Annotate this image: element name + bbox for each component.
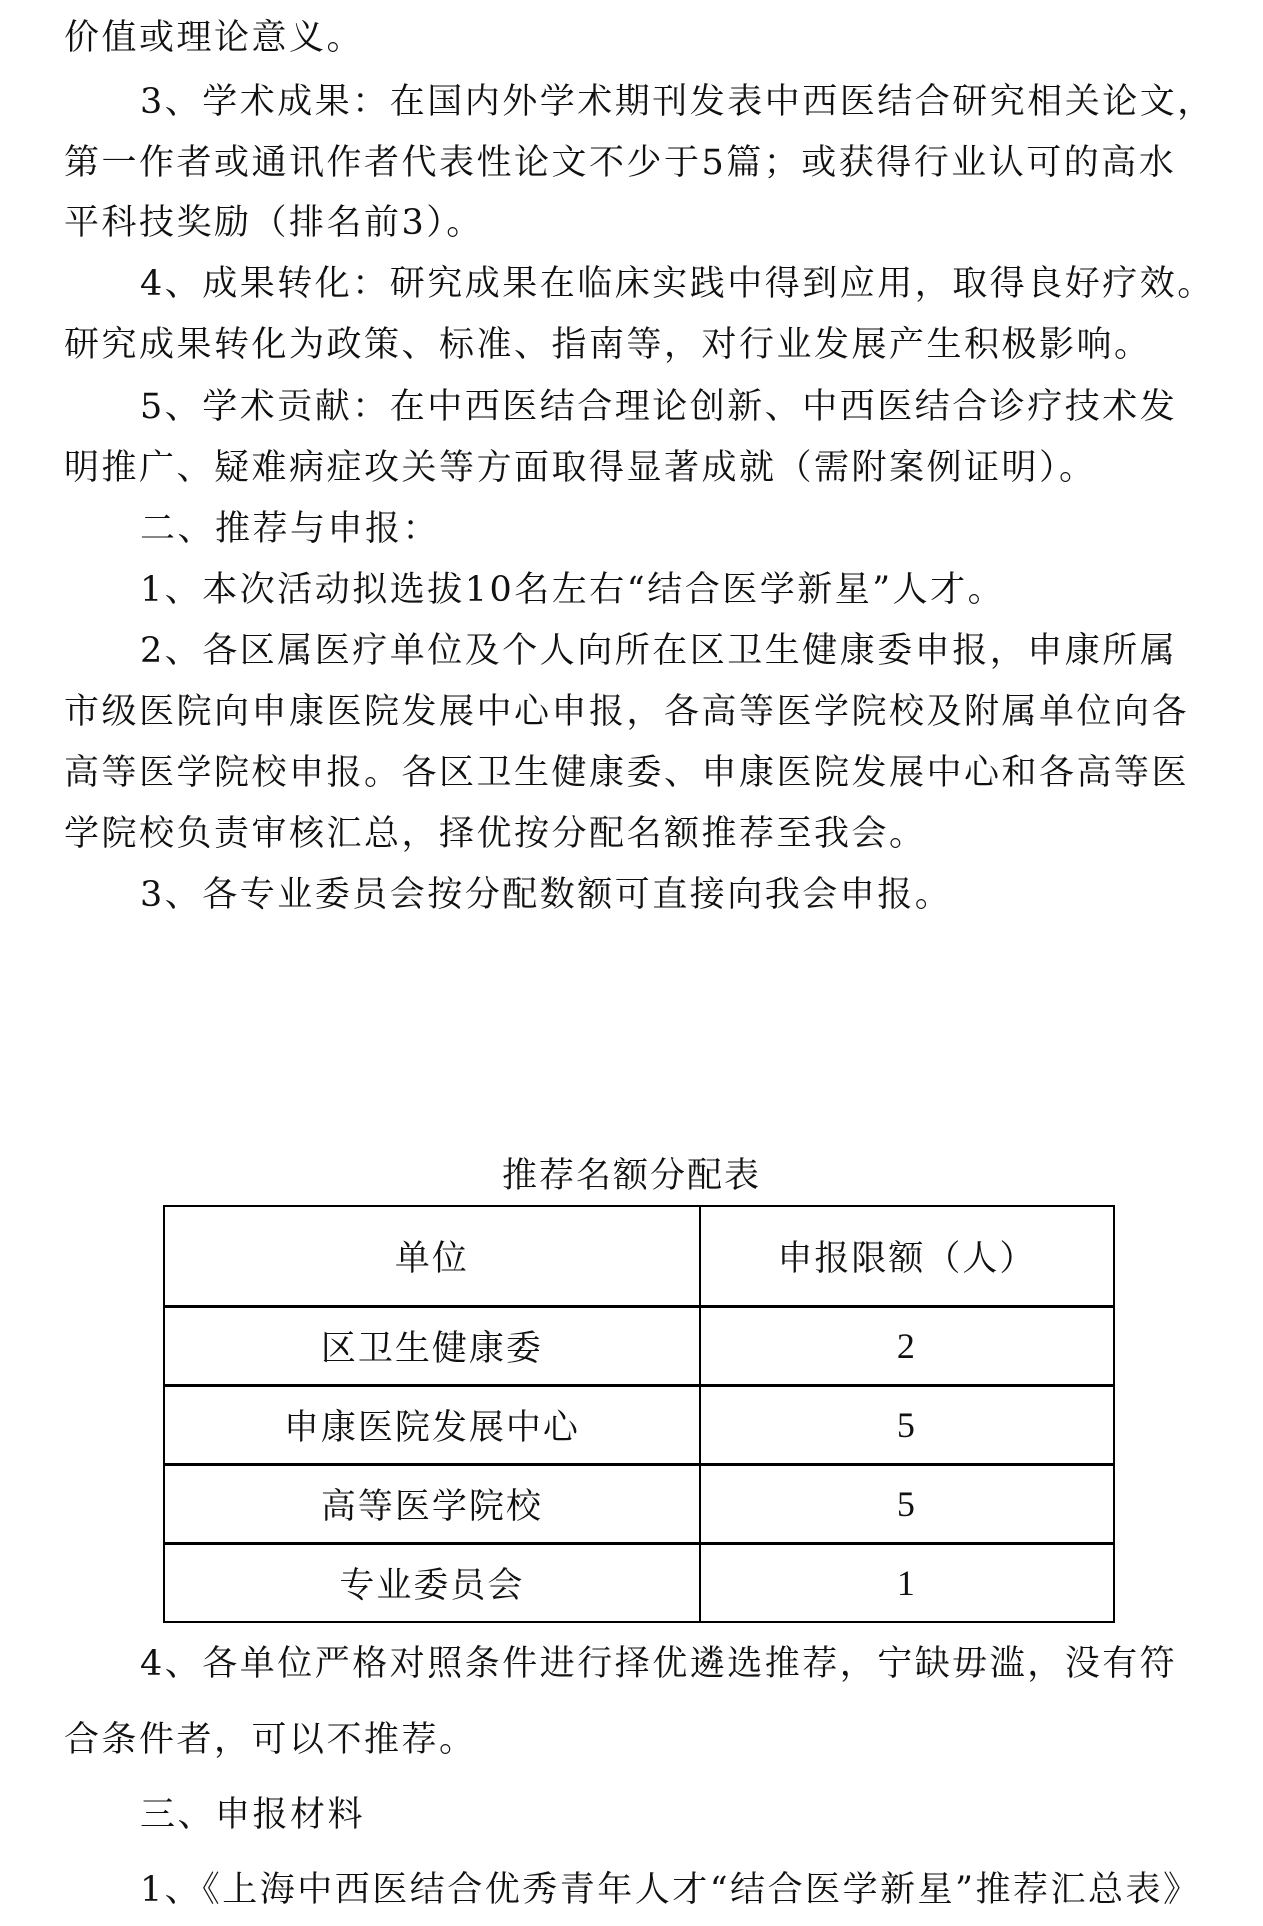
paragraph-line: 3、各专业委员会按分配数额可直接向我会申报。 [140, 875, 1263, 915]
table-header-row: 单位 申报限额（人） [164, 1206, 1114, 1307]
cell-quota: 2 [700, 1307, 1114, 1386]
paragraph-line: 第一作者或通讯作者代表性论文不少于5篇；或获得行业认可的高水 [64, 143, 1214, 183]
paragraph-line: 4、成果转化：研究成果在临床实践中得到应用，取得良好疗效。 [140, 264, 1263, 304]
cell-quota: 1 [700, 1544, 1114, 1623]
paragraph-line: 2、各区属医疗单位及个人向所在区卫生健康委申报，申康所属 [140, 631, 1263, 671]
header-quota: 申报限额（人） [700, 1206, 1114, 1307]
cell-unit: 区卫生健康委 [164, 1307, 700, 1386]
paragraph-line: 价值或理论意义。 [64, 18, 1214, 58]
cell-unit: 专业委员会 [164, 1544, 700, 1623]
paragraph-line: 5、学术贡献：在中西医结合理论创新、中西医结合诊疗技术发 [140, 387, 1263, 427]
paragraph-line: 4、各单位严格对照条件进行择优遴选推荐，宁缺毋滥，没有符 [140, 1644, 1263, 1684]
table-row: 申康医院发展中心 5 [164, 1386, 1114, 1465]
table-row: 高等医学院校 5 [164, 1465, 1114, 1544]
cell-quota: 5 [700, 1465, 1114, 1544]
section-heading: 三、申报材料 [140, 1795, 1263, 1835]
paragraph-line: 明推广、疑难病症攻关等方面取得显著成就（需附案例证明）。 [64, 448, 1214, 488]
paragraph-line: 市级医院向申康医院发展中心申报，各高等医学院校及附属单位向各 [64, 692, 1214, 732]
paragraph-line: 平科技奖励（排名前3）。 [64, 203, 1214, 243]
paragraph-line: 学院校负责审核汇总，择优按分配名额推荐至我会。 [64, 814, 1214, 854]
paragraph-line: 合条件者，可以不推荐。 [64, 1720, 1214, 1760]
section-heading: 二、推荐与申报： [140, 509, 1263, 549]
cell-quota: 5 [700, 1386, 1114, 1465]
paragraph-line: 1、本次活动拟选拔10名左右“结合医学新星”人才。 [140, 570, 1263, 610]
paragraph-line: 高等医学院校申报。各区卫生健康委、申康医院发展中心和各高等医 [64, 753, 1214, 793]
header-unit: 单位 [164, 1206, 700, 1307]
paragraph-line: 3、学术成果：在国内外学术期刊发表中西医结合研究相关论文， [140, 82, 1263, 122]
cell-unit: 高等医学院校 [164, 1465, 700, 1544]
table-row: 专业委员会 1 [164, 1544, 1114, 1623]
table-row: 区卫生健康委 2 [164, 1307, 1114, 1386]
quota-table: 单位 申报限额（人） 区卫生健康委 2 申康医院发展中心 5 高等医学院校 5 … [163, 1205, 1115, 1623]
paragraph-line: 研究成果转化为政策、标准、指南等，对行业发展产生积极影响。 [64, 325, 1214, 365]
cell-unit: 申康医院发展中心 [164, 1386, 700, 1465]
paragraph-line: 1、《上海中西医结合优秀青年人才“结合医学新星”推荐汇总表》 [140, 1870, 1263, 1910]
table-caption: 推荐名额分配表 [0, 1156, 1263, 1196]
